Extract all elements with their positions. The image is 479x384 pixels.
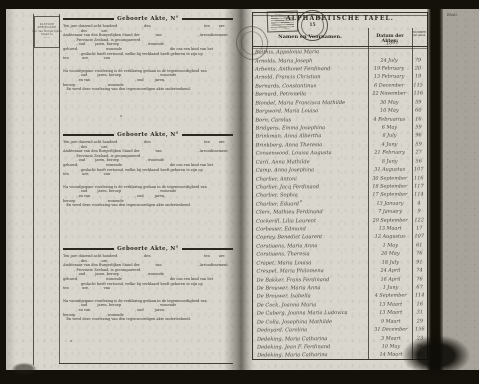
entry-act-number: 114 (413, 293, 427, 299)
entry-name: De Brouwer, Maria Anna (254, 285, 369, 292)
form-title: Geboorte Akte, N° (117, 132, 179, 138)
entry-date: 13 Maart (369, 310, 413, 316)
entry-date: 6 December (367, 82, 411, 88)
entry-date: 24 July (367, 57, 411, 63)
entry-date: 13 January (368, 200, 412, 206)
birth-certificate-form-3: Geboorte Akte, N° Ten jare duizend acht … (63, 245, 233, 322)
entry-date: 1 May (368, 242, 412, 248)
entry-name: Dedeking, Maria Catharina (254, 335, 369, 342)
form-printed-line: gehuwd, wonende die ons een kind van het (63, 47, 233, 52)
entry-act-number: 122 (412, 217, 426, 223)
form-header: Geboorte Akte, N° (63, 15, 233, 22)
entry-date: 4 Juny (368, 141, 412, 147)
form-title: Geboorte Akte, N° (117, 16, 179, 22)
margin-stamp-line: —·— (44, 37, 50, 40)
entry-act-number: 116 (412, 175, 426, 181)
entry-name: Brinkman, Anna Albertha (253, 133, 368, 140)
entry-date: 20 May (368, 251, 412, 257)
form-printed-line: gehuwd, wonende die ons een kind van het (63, 163, 233, 168)
entry-act-number: 76 (413, 276, 427, 282)
entry-act-number: 19 (411, 74, 425, 80)
birth-certificate-form-2: Geboorte Akte, N° Ten jare duizend acht … (63, 131, 233, 208)
entry-name: Corstiaens, Theresia (253, 251, 368, 258)
entry-act-number: 29 (413, 318, 427, 324)
entry-name: Arbents, Anthonet Ferdinand (252, 66, 367, 73)
entry-act-number: 4 (412, 200, 426, 206)
birth-certificate-form-1: Geboorte Akte, N° Ten jare duizend acht … (63, 15, 233, 92)
form-printed-line: En werd deze voorlezing van den tegenwoo… (63, 203, 233, 208)
entry-name: De Cock, Joanna Maria (254, 302, 369, 309)
entry-act-number: 61 (412, 242, 426, 248)
entry-date: 18 July (368, 259, 412, 265)
entry-name: Clerx, Mathieu Ferdinand (253, 209, 368, 216)
entry-date: 6 May (367, 124, 411, 130)
entry-name: De Brouwer, Isabella (254, 293, 369, 300)
entry-date: 24 April (368, 268, 412, 274)
entry-name: Crapet, Maria Louisa (253, 260, 368, 267)
entry-act-number: 114 (412, 192, 426, 198)
entry-name: Bridgens, Emma Josephina (252, 125, 367, 132)
entry-date: 21 February (368, 150, 412, 156)
entry-name: Charlier, Eduard (253, 201, 368, 208)
entry-date: 7 January (368, 209, 412, 215)
entry-name: Charlier, Antoni (253, 175, 368, 182)
entry-act-number: 16 (413, 301, 427, 307)
entry-date: 9 Maart (369, 318, 413, 324)
entry-act-number: 59 (411, 124, 425, 130)
entry-name: De Cuberg, Joanna Maria Ludovica (254, 310, 369, 317)
entry-date: 22 November (367, 91, 411, 97)
entry-date: 31 Augustus (368, 167, 412, 173)
entry-name: Camp, Anna Josephina (253, 167, 368, 174)
entry-name: Corbesier, Edmund (253, 226, 368, 233)
entry-act-number: 117 (412, 183, 426, 189)
form-witness-paragraph: Na voorafgegane voorlezing is de verklar… (63, 69, 233, 92)
entry-name: Blondel, Maria Francisca Mathilde (252, 100, 367, 107)
entry-act-number: 107 (412, 167, 426, 173)
entry-name: De Colla, Josephina Mathilde (254, 319, 369, 326)
form-body-paragraph: Ten jare duizend acht honderd , den ten … (63, 140, 233, 177)
entry-date: 17 September (368, 192, 412, 198)
stamp-center-value: 15 (309, 23, 315, 28)
form-printed-line: En werd deze voorlezing van den tegenwoo… (63, 87, 233, 92)
entry-name: Bernard, Petronella (252, 91, 367, 98)
left-margin-separator-line (59, 14, 60, 364)
entry-date: 4 September (369, 293, 413, 299)
entry-act-number: 91 (412, 259, 426, 265)
entry-act-number: 56 (412, 158, 426, 164)
entry-date: 4 Februarius (367, 116, 411, 122)
entry-date: 13 February (367, 74, 411, 80)
entry-act-number: 116 (411, 91, 425, 97)
entry-date: 8 July (368, 133, 412, 139)
index-rows: Balthis, Appolonia MariaArnolds, Maria J… (252, 47, 428, 360)
entry-date: 1 Juny (369, 285, 413, 291)
form-title: Geboorte Akte, N° (117, 246, 179, 252)
entry-name: Cockerill, Lilia Laurent (253, 217, 368, 224)
margin-stamp-box: KANTOOR VERIFICATIE van den Burgerlijken… (34, 16, 60, 48)
entry-act-number: 20 (411, 65, 425, 71)
form-header: Geboorte Akte, N° (63, 131, 233, 138)
form-printed-line: Ten jare duizend acht honderd , den ten … (63, 254, 233, 259)
form-printed-line: ten ure, van (63, 172, 233, 177)
entry-date: 16 April (369, 276, 413, 282)
entry-name: Dedeking, Maria Catharina (254, 352, 369, 359)
header-rule-left (63, 18, 114, 20)
entry-act-number: 115 (411, 82, 425, 88)
entry-name: Bernards, Constantinus (252, 83, 367, 90)
form-witness-paragraph: Na voorafgegane voorlezing is de verklar… (63, 185, 233, 208)
header-rule-left (63, 248, 114, 250)
entry-act-number: 107 (412, 234, 426, 240)
paper-speck (120, 115, 122, 117)
form-header: Geboorte Akte, N° (63, 245, 233, 252)
paper-speck (70, 340, 72, 342)
entry-name: Consenwood, Louisa Augusta (253, 150, 368, 157)
entry-name: Balthis, Appolonia Maria (252, 49, 367, 56)
entry-act-number: 59 (412, 141, 426, 147)
form-printed-line: gehuwd, wonende die ons een kind van het (63, 277, 233, 282)
entry-name: Arnold, Francis Christian (252, 74, 367, 81)
page-binding-fold-shadow (224, 9, 254, 370)
entry-name: Arnolds, Maria Joseph (252, 57, 367, 64)
column-header-names: Namen en Voornamen. (252, 34, 368, 40)
form-printed-line: En werd deze voorlezing van den tegenwoo… (63, 317, 233, 322)
entry-date: 12 Augustus (368, 234, 412, 240)
form-printed-line: Ten jare duizend acht honderd , den ten … (63, 140, 233, 145)
entry-date: 19 February (367, 66, 411, 72)
entry-name: Dedeking, Jean F. Ferdinand (254, 344, 369, 351)
entry-date: 10 May (367, 108, 411, 114)
entry-act-number: 9 (412, 209, 426, 215)
entry-act-number: 79 (411, 57, 425, 63)
paper-speck (300, 200, 302, 202)
entry-name: Charlier, Sophia (253, 192, 368, 199)
entry-date: 8 Juny (368, 158, 412, 164)
entry-act-number: 31 (413, 310, 427, 316)
entry-act-number: 17 (412, 225, 426, 231)
entry-date: 18 September (368, 183, 412, 189)
entry-date: 29 September (368, 217, 412, 223)
column-header-number: NUMMER der akten. (412, 31, 427, 37)
scanned-register-spread: KANTOOR VERIFICATIE van den Burgerlijken… (0, 0, 479, 384)
entry-name: Charlier, Jacq Ferdinand (253, 184, 368, 191)
entry-name: Brinkberg, Anna Theresia (253, 142, 368, 149)
entry-date: 13 Maart (369, 301, 413, 307)
entry-act-number: 67 (413, 284, 427, 290)
form-body-paragraph: Ten jare duizend acht honderd , den ten … (63, 254, 233, 291)
form-printed-line: ten ure, van (63, 56, 233, 61)
entry-name: Born, Carolus (252, 116, 367, 123)
entry-date: 13 Maart (368, 226, 412, 232)
entry-name: Dedoyard, Carolina (254, 327, 369, 334)
bottom-right-stain (402, 328, 478, 378)
column-header-number-line2: der akten. (412, 34, 427, 37)
entry-name: Carli, Anna Mathilde (253, 158, 368, 165)
left-page-bottom-rule (59, 363, 233, 364)
entry-act-number: 76 (412, 251, 426, 257)
form-printed-line: Ten jare duizend acht honderd , den ten … (63, 24, 233, 29)
entry-act-number: 96 (412, 133, 426, 139)
entry-act-number: 59 (411, 99, 425, 105)
entry-act-number: 60 (411, 108, 425, 114)
form-body-paragraph: Ten jare duizend acht honderd , den ten … (63, 24, 233, 61)
entry-name: Corstiaens, Maria Anna (253, 243, 368, 250)
entry-name: Crespel, Maria Philomena (253, 268, 368, 275)
binding-shadow-band (427, 9, 443, 370)
edge-handwritten-note: Bladz. (447, 13, 458, 17)
entry-act-number: 74 (412, 268, 426, 274)
entry-date: 30 September (368, 175, 412, 181)
header-rule-left (63, 134, 114, 136)
entry-name: De Bakker, Frans Ferdinand (254, 276, 369, 283)
entry-name: Copray, Benedict Laurent (253, 234, 368, 241)
right-page-edge-strip (443, 9, 479, 370)
form-witness-paragraph: Na voorafgegane voorlezing is de verklar… (63, 299, 233, 322)
entry-name: Borgword, Maria Louisa (252, 108, 367, 115)
left-page-border-line (33, 14, 34, 365)
entry-act-number: 16 (411, 116, 425, 122)
form-printed-line: ten ure, van (63, 286, 233, 291)
entry-act-number: 27 (412, 150, 426, 156)
rectangular-ink-stamp-icon (267, 10, 299, 32)
entry-date: 30 May (367, 99, 411, 105)
bottom-left-smudge (8, 358, 44, 378)
